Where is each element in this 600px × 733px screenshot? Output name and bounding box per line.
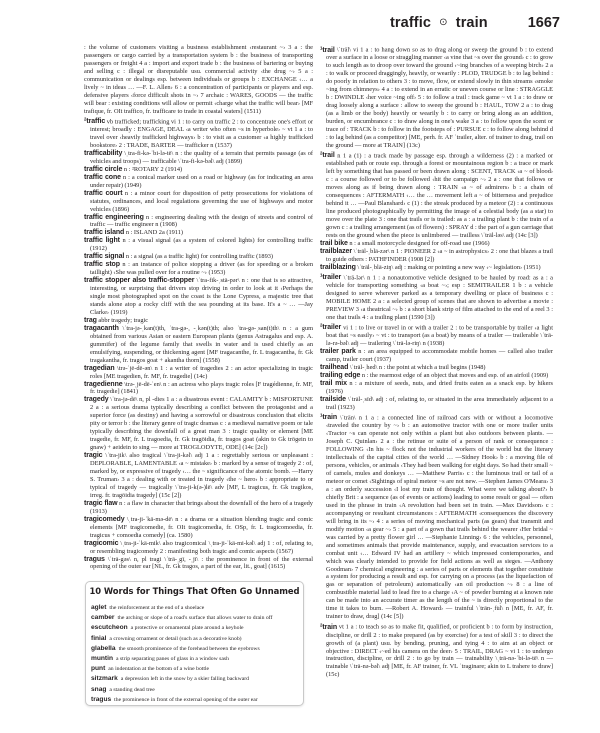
headword-text: trail mix xyxy=(320,380,347,387)
dictionary-page: traffic ⊙ train 1667 : the volume of cus… xyxy=(0,0,600,733)
dictionary-entry: trailside \ˈtrāl-ˌsīd\ adj : of, relatin… xyxy=(320,396,553,412)
last-guide-word: train xyxy=(456,15,488,31)
sidebar-word: muntin xyxy=(91,655,113,662)
entry-definition: abbr tragedy; tragic xyxy=(97,317,148,324)
entry-headword: trailing edge xyxy=(320,372,360,379)
dictionary-entry: tragedian \trə-ˈjē-dē-ən\ n 1 : a writer… xyxy=(84,365,313,381)
headword-text: traffic light xyxy=(84,237,120,244)
entry-definition: vb trafficked; trafficking vi 1 : to car… xyxy=(90,118,313,149)
dictionary-entry: traffic stopper also traffic-stopper \ˈt… xyxy=(84,277,313,317)
dictionary-entry: traffic cone n : a conical marker used o… xyxy=(84,174,313,190)
entry-headword: 1trail xyxy=(320,47,335,54)
entry-definition: n : a small motorcycle designed for off-… xyxy=(348,240,490,247)
dictionary-entry: trag abbr tragedy; tragic xyxy=(84,317,313,325)
dictionary-entry: trail mix n : a mixture of seeds, nuts, … xyxy=(320,380,553,396)
headword-text: traffic stopper also traffic-stopper xyxy=(84,277,194,284)
sidebar-word: tragus xyxy=(91,696,111,703)
entry-definition: n : a visual signal (as a system of colo… xyxy=(90,237,313,252)
dictionary-entry: traffic signal n : a signal (as a traffi… xyxy=(84,253,313,261)
sidebar-word: camber xyxy=(91,614,114,621)
sidebar-word: aglet xyxy=(91,604,106,611)
entry-headword: traffic circle xyxy=(84,166,122,173)
entry-definition: \ˈtra-jik\ also tragical \ˈtra-ji-kəl\ a… xyxy=(90,452,313,499)
dictionary-entry: traffic engineering n : engineering deal… xyxy=(84,214,313,230)
sidebar-word-item: agletthe reinforcement at the end of a s… xyxy=(91,603,299,613)
dictionary-entry: tragicomic \ˌtra-ji-ˈkä-mik\ also tragic… xyxy=(84,540,313,556)
entry-headword: tragacanth xyxy=(84,325,119,332)
sidebar-word-item: muntina strip separating panes of glass … xyxy=(91,654,299,664)
sidebar-box-title: 10 Words for Things That Often Go Unname… xyxy=(86,586,303,596)
headword-text: trailer xyxy=(322,274,341,281)
dictionary-entry: tragedy \ˈtra-jə-dē\ n, pl -dies 1 a : a… xyxy=(84,396,313,452)
headword-text: train xyxy=(322,624,337,631)
entry-definition: n : ISLAND 2a (1911) xyxy=(124,229,183,236)
entry-definition: \ˈtrāl-ˌhed\ n : the point at which a tr… xyxy=(348,364,485,371)
headword-text: tragicomedy xyxy=(84,516,125,523)
entry-headword: tragic xyxy=(84,452,102,459)
dictionary-entry: 1trailer \ˈtrā-lər\ n 1 : a nonautomotiv… xyxy=(320,272,553,322)
dictionary-entry: tragic flaw n : a flaw in character that… xyxy=(84,500,313,516)
entry-definition: vi 1 : to live or travel in or with a tr… xyxy=(326,324,553,347)
sidebar-definition: a crowning ornament or detail (such as a… xyxy=(109,636,241,642)
dictionary-entry: traffic island n : ISLAND 2a (1911) xyxy=(84,229,313,237)
headword-text: trail xyxy=(322,152,334,159)
entry-headword: traffic engineering xyxy=(84,214,144,221)
headword-text: tragic flaw xyxy=(84,500,118,507)
headword-text: tragedian xyxy=(84,365,115,372)
sidebar-word: punt xyxy=(91,665,105,672)
sidebar-word-item: puntan indentation at the bottom of a wi… xyxy=(91,664,299,674)
sidebar-word-item: finiala crowning ornament or detail (suc… xyxy=(91,634,299,644)
entry-headword: trailblazing xyxy=(320,264,356,271)
entry-headword: 2trailer xyxy=(320,324,341,331)
headword-text: trailing edge xyxy=(320,372,360,379)
headword-text: traffic stop xyxy=(84,261,120,268)
headword-text: traffic cone xyxy=(84,174,121,181)
entry-headword: traffic island xyxy=(84,229,124,236)
sidebar-definition: an indentation at the bottom of a wine b… xyxy=(108,666,209,672)
sidebar-definition: a depression left in the snow by a skier… xyxy=(121,676,249,682)
sidebar-definition: a standing dead tree xyxy=(109,687,154,693)
entry-headword: 1trailer xyxy=(320,274,341,281)
entry-headword: trailhead xyxy=(320,364,348,371)
headword-text: trailblazer xyxy=(320,248,352,255)
dictionary-entry: trailing edge n : the rearmost edge of a… xyxy=(320,372,553,380)
dictionary-entry: 2traffic vb trafficked; trafficking vi 1… xyxy=(84,116,313,150)
dictionary-entry: tragacanth \ˈtra-jə-ˌkan(t)th, ˈtra-gə-,… xyxy=(84,325,313,365)
headword-text: tragicomic xyxy=(84,540,118,547)
sidebar-word-item: snaga standing dead tree xyxy=(91,685,299,695)
entry-definition: n : an instance of police stopping a dri… xyxy=(90,261,313,276)
dictionary-entry: traffic light n : a visual signal (as a … xyxy=(84,237,313,253)
headword-text: trail xyxy=(322,47,334,54)
dictionary-entry: tragic \ˈtra-jik\ also tragical \ˈtra-ji… xyxy=(84,452,313,500)
headword-text: traffic island xyxy=(84,229,124,236)
entry-definition: \ˈtrāl-ˌblā-ziŋ\ adj : making or pointin… xyxy=(356,264,541,271)
entry-headword: traffic cone xyxy=(84,174,121,181)
entry-headword: tragicomedy xyxy=(84,516,125,523)
sidebar-definition: a strip separating panes of glass in a w… xyxy=(116,656,229,662)
entry-definition: \ˈtrā-gəs\ n, pl tragi \ˈtrā-ˌgī, -ˌjī\ … xyxy=(90,556,313,571)
entry-headword: tragic flaw xyxy=(84,500,118,507)
guide-words: traffic ⊙ train xyxy=(390,15,488,31)
entry-headword: tragicomic xyxy=(84,540,118,547)
sidebar-word-list: agletthe reinforcement at the end of a s… xyxy=(91,603,299,705)
sidebar-definition: the smooth prominence of the forehead be… xyxy=(119,646,260,652)
headword-text: tragedienne xyxy=(84,381,123,388)
dictionary-entry: tragus \ˈtrā-gəs\ n, pl tragi \ˈtrā-ˌgī,… xyxy=(84,556,313,572)
entry-headword: 2trail xyxy=(320,152,335,159)
entry-definition: \trə-ˈjē-dē-ən\ n 1 : a writer of traged… xyxy=(90,365,313,380)
entry-definition: \ˈtra-jə-dē\ n, pl -dies 1 a : a disastr… xyxy=(90,396,313,451)
dictionary-entry: 1trail \ˈtrāl\ vi 1 a : to hang down so … xyxy=(320,44,553,150)
entry-headword: 1train xyxy=(320,414,337,421)
entry-headword: tragus xyxy=(84,556,105,563)
entry-definition: n : a minor court for disposition of pet… xyxy=(90,190,313,213)
entry-headword: tragedienne xyxy=(84,381,123,388)
entry-definition: \ˈtrāl-ˌsīd\ adj : of, relating to, or s… xyxy=(326,396,553,411)
right-column: 1trail \ˈtrāl\ vi 1 a : to hang down so … xyxy=(320,44,553,679)
sidebar-word-item: camberthe arching or slope of a road's s… xyxy=(91,613,299,623)
entry-continuation: : the volume of customers visiting a bus… xyxy=(84,44,313,116)
entry-headword: tragedy xyxy=(84,396,109,403)
entry-definition: \ˈtra-jə-ˌkan(t)th, ˈtra-gə-, -ˌkən(t)th… xyxy=(90,325,313,364)
entry-headword: traffic stop xyxy=(84,261,120,268)
entry-definition: \trə-ˌjē-dē-ˈen\ n : an actress who play… xyxy=(90,381,313,396)
sidebar-definition: the prominence in front of the external … xyxy=(114,697,258,703)
headword-text: trag xyxy=(84,317,97,324)
entry-definition: \ˈtrāl-ˌblā-zər\ n 1 : PIONEER 2 ‹a ~ in… xyxy=(326,248,553,263)
entry-headword: trailblazer xyxy=(320,248,352,255)
sidebar-definition: the arching or slope of a road's surface… xyxy=(117,615,272,621)
entry-headword: trailside xyxy=(320,396,346,403)
entry-headword: trafficability xyxy=(84,150,122,157)
headword-text: traffic signal xyxy=(84,253,124,260)
dictionary-entry: 2trail n 1 a (1) : a track made by passa… xyxy=(320,150,553,240)
entry-headword: traffic light xyxy=(84,237,120,244)
sidebar-word: sitzmark xyxy=(91,675,118,682)
headword-text: tragedy xyxy=(84,396,109,403)
entry-definition: \ˌtra-ji-ˈkä-mik\ also tragicomical \ˌtr… xyxy=(90,540,313,555)
dictionary-entry: 1train \ˈtrān\ n 1 a : a connected line … xyxy=(320,412,553,621)
sidebar-word: escutcheon xyxy=(91,624,128,631)
dictionary-entry: traffic circle n : ²ROTARY 2 (1914) xyxy=(84,166,313,174)
entry-definition: n : a signal (as a traffic light) for co… xyxy=(124,253,273,260)
left-column: : the volume of customers visiting a bus… xyxy=(84,44,313,571)
entry-definition: n : a conical marker used on a road or h… xyxy=(90,174,313,189)
sidebar-word-item: escutcheona protective or ornamental pla… xyxy=(91,623,299,633)
headword-text: train xyxy=(322,414,337,421)
entry-headword: traffic stopper also traffic-stopper xyxy=(84,277,194,284)
dictionary-entry: trailblazer \ˈtrāl-ˌblā-zər\ n 1 : PIONE… xyxy=(320,248,553,264)
entry-definition: : the volume of customers visiting a bus… xyxy=(84,44,313,115)
headword-text: trail bike xyxy=(320,240,348,247)
entry-definition: \ˌtra-fi-kə-ˈbi-lə-tē\ n : the quality o… xyxy=(90,150,313,165)
entry-definition: \ˈtrāl\ vi 1 a : to hang down so as to d… xyxy=(326,47,553,149)
entry-definition: n : an area equipped to accommodate mobi… xyxy=(326,348,553,363)
headword-text: tragacanth xyxy=(84,325,119,332)
sidebar-word: glabella xyxy=(91,645,116,652)
headword-text: trafficability xyxy=(84,150,122,157)
sidebar-definition: a protective or ornamental plate around … xyxy=(131,625,244,631)
sidebar-word-item: tragusthe prominence in front of the ext… xyxy=(91,695,299,705)
entry-definition: n : ²ROTARY 2 (1914) xyxy=(122,166,182,173)
entry-definition: \ˈtrā-lər\ n 1 : a nonautomotive vehicle… xyxy=(326,274,553,321)
headword-text: trailside xyxy=(320,396,346,403)
dictionary-entry: trailhead \ˈtrāl-ˌhed\ n : the point at … xyxy=(320,364,553,372)
entry-headword: tragedian xyxy=(84,365,115,372)
headword-text: trailhead xyxy=(320,364,348,371)
headword-text: tragus xyxy=(84,556,105,563)
page-number: 1667 xyxy=(528,15,560,31)
entry-headword: trag xyxy=(84,317,97,324)
headword-text: tragic xyxy=(84,452,102,459)
running-head: traffic ⊙ train 1667 xyxy=(380,15,560,35)
sidebar-definition: the reinforcement at the end of a shoela… xyxy=(109,605,204,611)
entry-headword: 2train xyxy=(320,624,337,631)
dictionary-entry: trailer park n : an area equipped to acc… xyxy=(320,348,553,364)
first-guide-word: traffic xyxy=(390,15,431,31)
entry-definition: n : the rearmost edge of an object that … xyxy=(360,372,548,379)
sidebar-word-item: sitzmarka depression left in the snow by… xyxy=(91,674,299,684)
entry-definition: vt 1 a : to teach so as to make fit, qua… xyxy=(326,624,553,679)
guide-separator-icon: ⊙ xyxy=(439,17,447,28)
sidebar-box-unnamed-words: 10 Words for Things That Often Go Unname… xyxy=(85,581,304,706)
headword-text: trailer xyxy=(322,324,341,331)
dictionary-entry: traffic stop n : an instance of police s… xyxy=(84,261,313,277)
entry-definition: n : a mixture of seeds, nuts, and dried … xyxy=(326,380,553,395)
dictionary-entry: traffic court n : a minor court for disp… xyxy=(84,190,313,214)
entry-headword: trailer park xyxy=(320,348,356,355)
sidebar-word-item: glabellathe smooth prominence of the for… xyxy=(91,644,299,654)
headword-text: trailer park xyxy=(320,348,356,355)
sidebar-word: finial xyxy=(91,635,106,642)
headword-text: traffic circle xyxy=(84,166,122,173)
sidebar-word: snag xyxy=(91,686,106,693)
dictionary-entry: trafficability \ˌtra-fi-kə-ˈbi-lə-tē\ n … xyxy=(84,150,313,166)
headword-text: traffic xyxy=(86,118,105,125)
entry-headword: traffic court xyxy=(84,190,122,197)
headword-text: traffic engineering xyxy=(84,214,144,221)
dictionary-entry: trailblazing \ˈtrāl-ˌblā-ziŋ\ adj : maki… xyxy=(320,264,553,272)
dictionary-entry: tragicomedy \ˌtra-ji-ˈkä-mə-dē\ n : a dr… xyxy=(84,516,313,540)
headword-text: trailblazing xyxy=(320,264,356,271)
dictionary-entry: tragedienne \trə-ˌjē-dē-ˈen\ n : an actr… xyxy=(84,381,313,397)
entry-headword: 2traffic xyxy=(84,118,105,125)
entry-definition: n : a flaw in character that brings abou… xyxy=(90,500,313,515)
entry-headword: traffic signal xyxy=(84,253,124,260)
entry-definition: \ˈtrān\ n 1 a : a connected line of rail… xyxy=(326,414,553,620)
headword-text: traffic court xyxy=(84,190,122,197)
entry-headword: trail mix xyxy=(320,380,347,387)
dictionary-entry: 2train vt 1 a : to teach so as to make f… xyxy=(320,621,553,679)
dictionary-entry: 2trailer vi 1 : to live or travel in or … xyxy=(320,322,553,348)
entry-headword: trail bike xyxy=(320,240,348,247)
entry-definition: n 1 a (1) : a track made by passage esp.… xyxy=(326,152,553,239)
dictionary-entry: trail bike n : a small motorcycle design… xyxy=(320,240,553,248)
